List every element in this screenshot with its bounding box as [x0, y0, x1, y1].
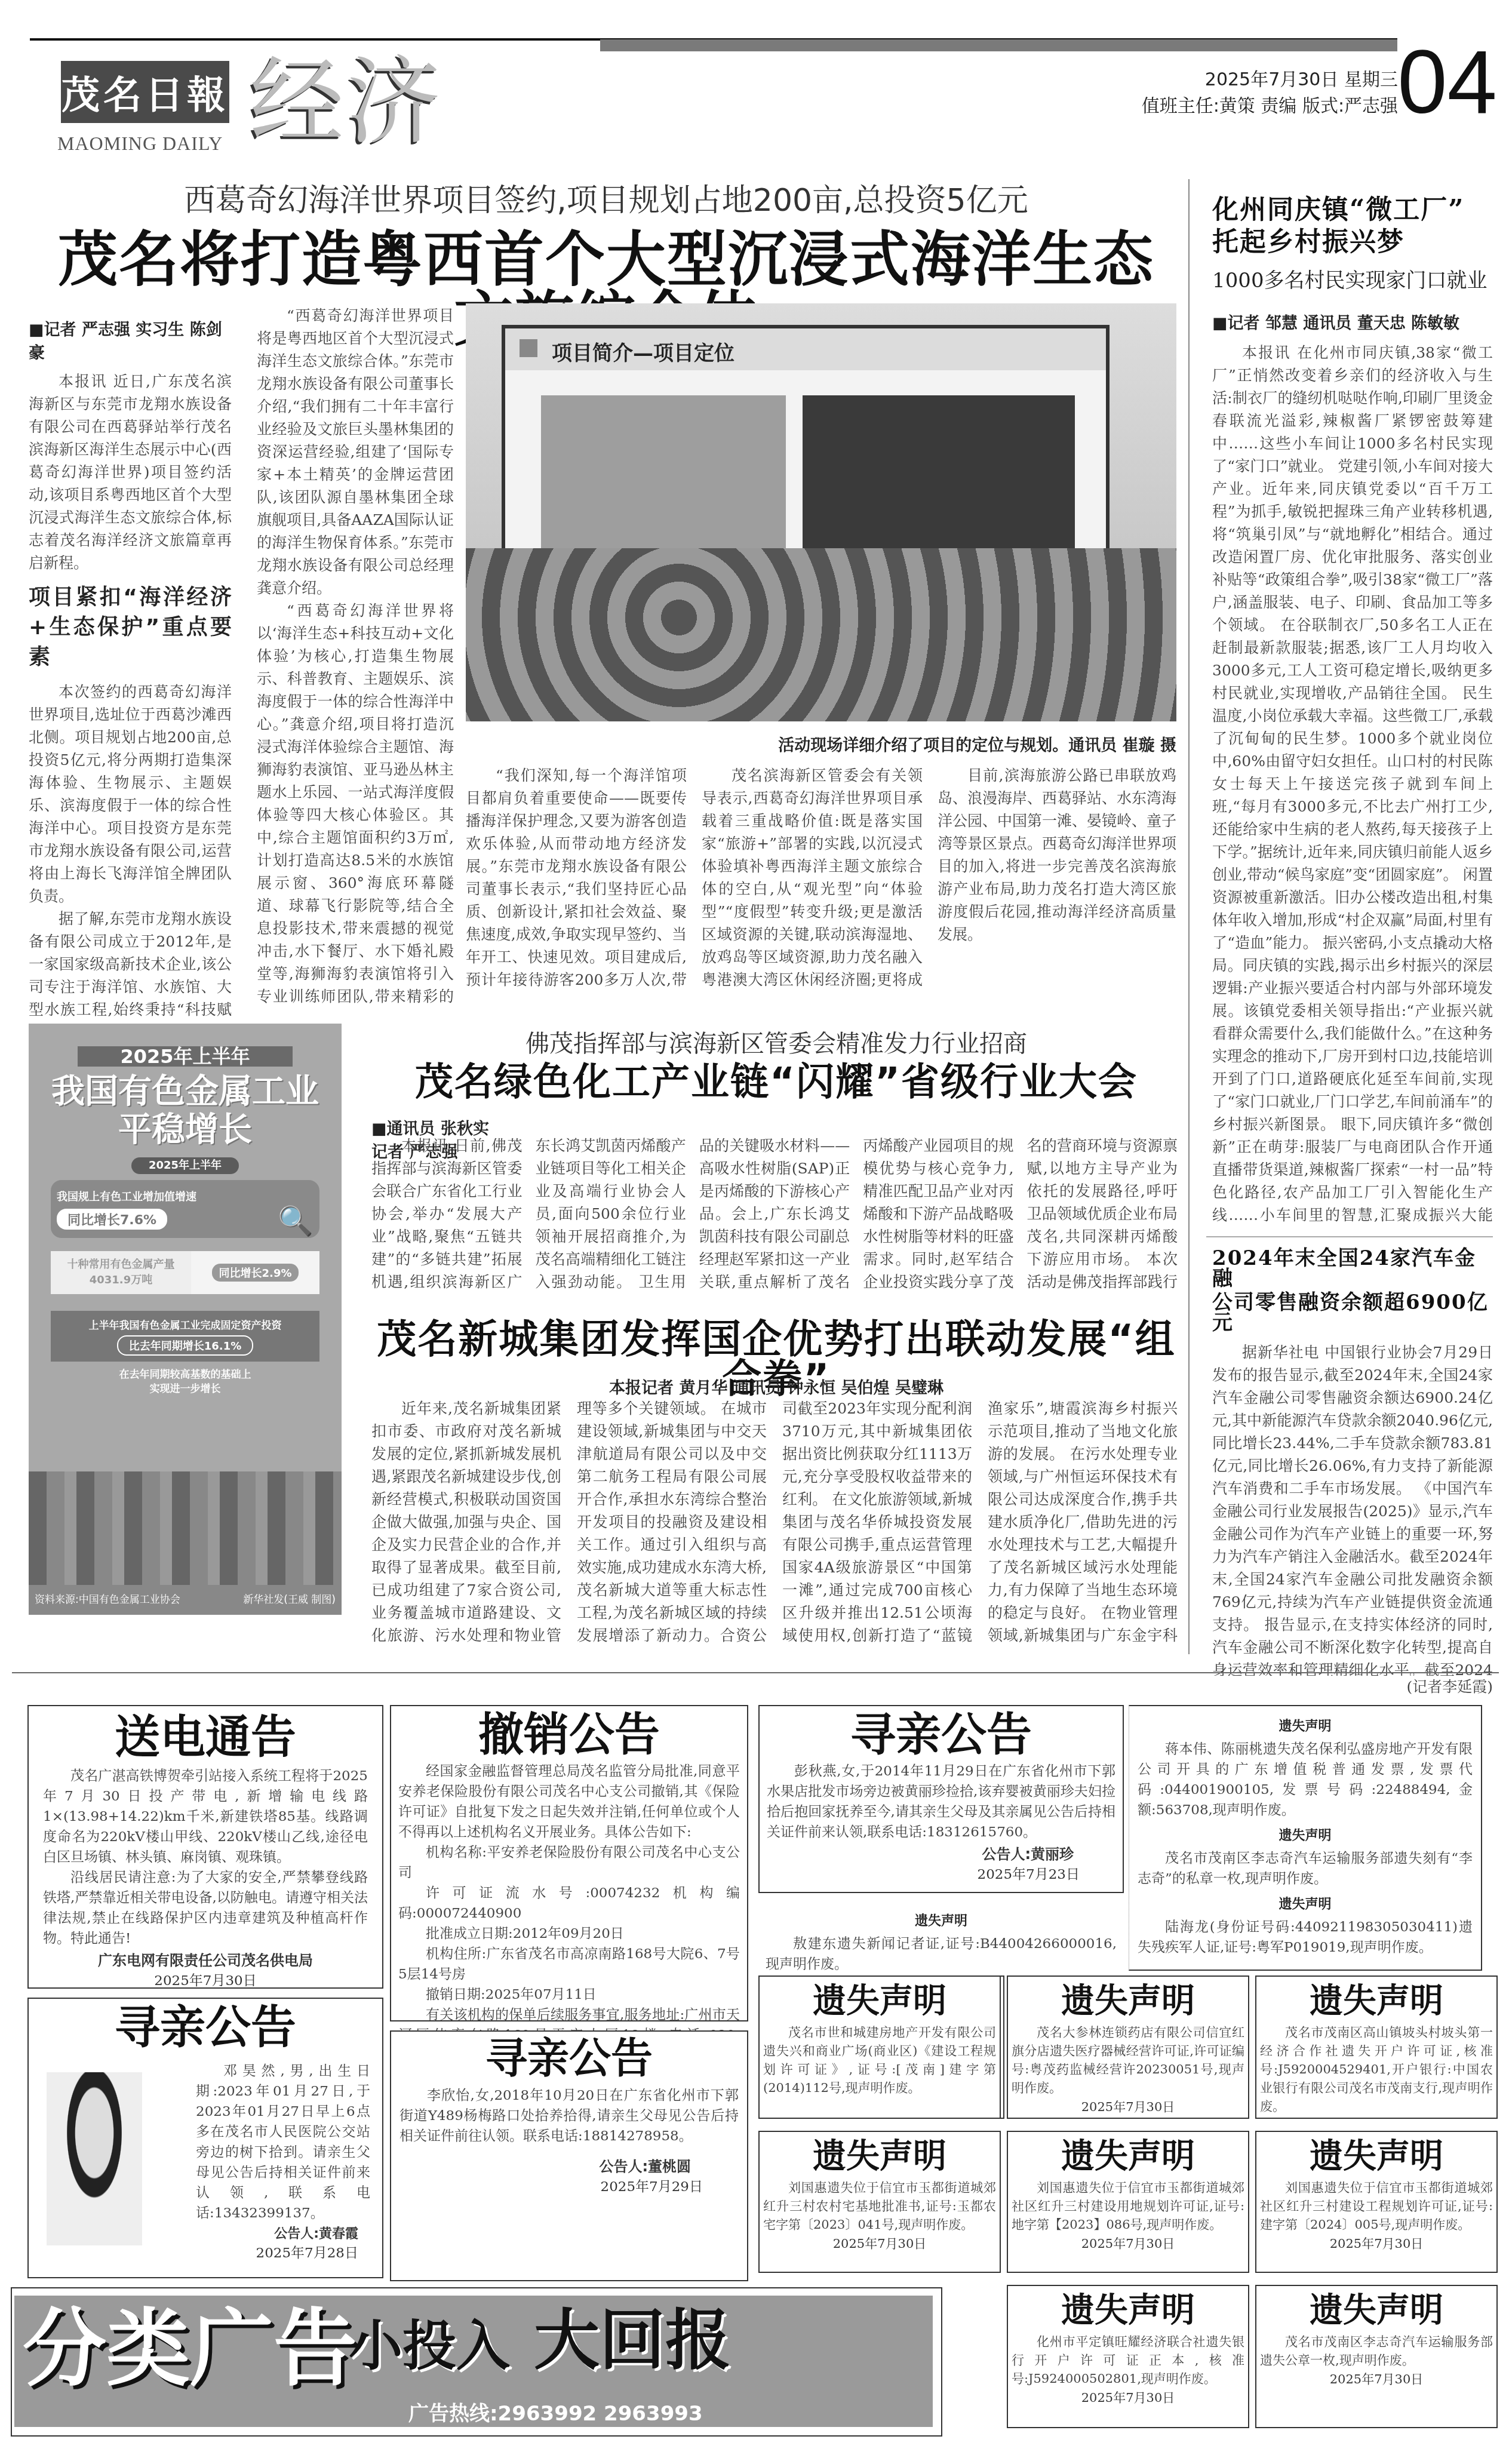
- paragraph: 茂名市茂南区高山镇坡头村坡头第一经济合作社遗失开户许可证,核准号:J592000…: [1260, 2023, 1493, 2116]
- paragraph: 目前,滨海旅游公路已串联放鸡岛、浪漫海岸、西葛驿站、水东湾海洋公园、中国第一滩、…: [938, 764, 1176, 946]
- side-body: 本报讯 在化州市同庆镇,38家“微工厂”正悄然改变着乡亲们的经济收入与生活:制衣…: [1212, 342, 1493, 1225]
- lead-kicker: 西葛奇幻海洋世界项目签约,项目规划占地200亩,总投资5亿元: [30, 185, 1182, 216]
- ad-lost-small: 遗失声明 敖建东遗失新闻记者证,证号:B44004266000016,现声明作废…: [758, 1902, 1124, 1962]
- paragraph: 刘国惠遗失位于信宜市玉都街道城郊红升三村农村宅基地批准书,证号:玉都农宅字第〔2…: [763, 2179, 996, 2234]
- paragraph: 化州市平定镇旺耀经济联合社遗失银行开户许可证正本,核准号:J5924000502…: [1012, 2333, 1244, 2388]
- stat-value: 比去年同期增长16.1%: [117, 1335, 253, 1356]
- paragraph: 茂名市世和城建房地产开发有限公司遗失兴和商业广场(商业区)《建设工程规划许可证》…: [763, 2023, 996, 2097]
- stat-amount: 4031.9万吨: [57, 1273, 185, 1288]
- auto-headline-1: 2024年末全国24家汽车金融: [1212, 1248, 1493, 1289]
- ad-revoke-notice: 撤销公告 经国家金融监督管理总局茂名监管分局批准,同意平安养老保险股份有限公司茂…: [390, 1705, 748, 2021]
- ad-title: 遗失声明: [1138, 1716, 1473, 1734]
- paragraph: “我们深知,每一个海洋馆项目都肩负着重要使命——既要传播海洋保护理念,又要为游客…: [466, 764, 687, 991]
- source-text: 资料来源:中国有色金属工业协会: [35, 1594, 180, 1606]
- lost-notice-3: 遗失声明 茂名市茂南区高山镇坡头村坡头第一经济合作社遗失开户许可证,核准号:J5…: [1255, 1975, 1498, 2119]
- ad-date: 2025年7月29日: [399, 2176, 739, 2195]
- ad-title: 遗失声明: [1138, 1825, 1473, 1844]
- ad-title: 寻亲公告: [41, 2005, 370, 2050]
- stat-value: 同比增长2.9%: [212, 1264, 299, 1282]
- info-stat-3: 上半年我国有色金属工业完成固定资产投资 比去年同期增长16.1%: [51, 1311, 319, 1362]
- paragraph: 蒋本伟、陈丽桃遗失茂名保利弘盛房地产开发有限公司开具的广东增值税普通发票,发票代…: [1138, 1739, 1473, 1820]
- paragraph: 经国家金融监督管理总局茂名监管分局批准,同意平安养老保险股份有限公司茂名中心支公…: [398, 1761, 740, 1842]
- stat-label: 上半年我国有色金属工业完成固定资产投资: [57, 1317, 314, 1332]
- info-stat-2: 十种常用有色金属产量4031.9万吨 同比增长2.9%: [51, 1251, 319, 1294]
- paragraph: 茂名大参林连锁药店有限公司信宜红旗分店遗失医疗器械经营许可证,许可证编号:粤茂药…: [1012, 2023, 1244, 2097]
- factory-illustration: [29, 1471, 342, 1585]
- lost-notice-8: 遗失声明 茂名市茂南区李志奇汽车运输服务部遗失公章一枚,现声明作废。 2025年…: [1255, 2285, 1498, 2428]
- side-headline-2: 托起乡村振兴梦: [1212, 229, 1493, 256]
- stat-label: 我国规上有色工业增加值增速: [57, 1188, 314, 1204]
- paragraph: 机构住所:广东省茂名市高凉南路168号大院6、7号5层14号房: [398, 1944, 740, 1984]
- auto-headline-2: 公司零售融资余额超6900亿元: [1212, 1292, 1493, 1333]
- paragraph: 敖建东遗失新闻记者证,证号:B44004266000016,现声明作废。: [766, 1934, 1117, 1974]
- chem-headline: 茂名绿色化工产业链“闪耀”省级行业大会: [370, 1063, 1182, 1101]
- newspaper-logo: 茂名日報: [61, 61, 229, 123]
- ad-title: 寻亲公告: [399, 2038, 739, 2079]
- paragraph: 刘国惠遗失位于信宜市玉都街道城郊社区红升三村建设用地规划许可证,证号:地字第【2…: [1012, 2179, 1244, 2234]
- page-number: 04: [1397, 37, 1497, 127]
- ad-title: 送电通告: [43, 1715, 368, 1760]
- ad-title: 遗失声明: [1256, 2293, 1496, 2327]
- side-story: 化州同庆镇“微工厂” 托起乡村振兴梦 1000多名村民实现家门口就业 ■记者 邹…: [1212, 197, 1493, 1225]
- paragraph: “西葛奇幻海洋世界项目将是粤西地区首个大型沉浸式海洋生态文旅综合体。”东莞市龙翔…: [257, 305, 454, 600]
- ad-signer: 广东电网有限责任公司茂名供电局: [43, 1949, 368, 1970]
- ad-date: 2025年7月30日: [1256, 2370, 1496, 2388]
- paragraph: 邓昊然,男,出生日期:2023年01月27日,于2023年01月27日早上6点多…: [196, 2061, 370, 2223]
- ad-lost-right: 遗失声明 蒋本伟、陈丽桃遗失茂名保利弘盛房地产开发有限公司开具的广东增值税普通发…: [1129, 1705, 1482, 1971]
- ad-title: 遗失声明: [760, 1984, 1000, 2017]
- paragraph: 批准成立日期:2012年09月20日: [398, 1924, 740, 1944]
- auto-story: 2024年末全国24家汽车金融 公司零售融资余额超6900亿元 据新华社电 中国…: [1212, 1248, 1493, 1698]
- paragraph: 撤销日期:2025年07月11日: [398, 1984, 740, 2005]
- ad-date: 2025年7月30日: [43, 1970, 368, 1989]
- ad-title: 遗失声明: [760, 2139, 1000, 2173]
- lead-col-4: 茂名滨海新区管委会有关领导表示,西葛奇幻海洋世界项目承载着三重战略价值:既是落实…: [702, 764, 923, 991]
- paragraph: 刘国惠遗失位于信宜市玉都街道城郊社区红升三村建设工程规划许可证,证号:建字第〔2…: [1260, 2179, 1493, 2234]
- stat-value: 同比增长7.6%: [57, 1209, 167, 1230]
- stat-label: 十种常用有色金属产量: [57, 1257, 185, 1273]
- lost-notice-6: 遗失声明 刘国惠遗失位于信宜市玉都街道城郊社区红升三村建设工程规划许可证,证号:…: [1255, 2131, 1498, 2273]
- side-subhead: 1000多名村民实现家门口就业: [1212, 264, 1493, 293]
- satellite-image: [803, 395, 1075, 557]
- paragraph: 机构名称:平安养老保险股份有限公司茂名中心支公司: [398, 1842, 740, 1883]
- lost-notice-1: 遗失声明 茂名市世和城建房地产开发有限公司遗失兴和商业广场(商业区)《建设工程规…: [758, 1975, 1001, 2119]
- side-byline: ■记者 邹慧 通讯员 董天忠 陈敏敏: [1212, 310, 1493, 333]
- info-ribbon: 2025年上半年: [78, 1046, 293, 1067]
- editors: 值班主任:黄策 责编 版式:严志强: [1142, 93, 1398, 119]
- paragraph: 彭秋燕,女,于2014年11月29日在广东省化州市下郭水果店批发市场旁边被黄丽珍…: [767, 1761, 1115, 1842]
- newspaper-logo-en: MAOMING DAILY: [57, 133, 223, 155]
- ad-title: 遗失声明: [1008, 1984, 1248, 2017]
- paragraph: 本次签约的西葛奇幻海洋世界项目,选址位于西葛沙滩西北侧。项目规划占地200亩,总…: [29, 681, 232, 908]
- ad-title: 遗失声明: [766, 1910, 1117, 1929]
- ad-date: 2025年7月30日: [1008, 2234, 1248, 2252]
- paragraph: 本报讯 日前,佛茂指挥部与滨海新区管委会联合广东省化工行业协会,举办“发展大产业…: [371, 1135, 1178, 1296]
- city-body: 近年来,茂名新城集团紧扣市委、市政府对茂名新城发展的定位,紧抓新城发展机遇,紧跟…: [371, 1397, 1178, 1660]
- paragraph: 沿线居民请注意:为了大家的安全,严禁攀登线路铁塔,严禁靠近相关带电设备,以防触电…: [43, 1867, 368, 1949]
- ad-power-notice: 送电通告 茂名广湛高铁博贺牵引站接入系统工程将于2025年7月30日投产带电,新…: [27, 1705, 383, 1989]
- banner-slogan-1: 小投入: [349, 2319, 510, 2373]
- paragraph: 茂名滨海新区管委会有关领导表示,西葛奇幻海洋世界项目承载着三重战略价值:既是落实…: [702, 764, 923, 991]
- magnifier-icon: 🔍: [278, 1204, 314, 1238]
- lost-notice-5: 遗失声明 刘国惠遗失位于信宜市玉都街道城郊社区红升三村建设用地规划许可证,证号:…: [1007, 2131, 1249, 2273]
- lost-notice-7: 遗失声明 化州市平定镇旺耀经济联合社遗失银行开户许可证正本,核准号:J59240…: [1007, 2285, 1249, 2428]
- ad-date: 2025年7月30日: [1008, 2097, 1248, 2115]
- info-title-1: 我国有色金属工业: [29, 1073, 342, 1111]
- child-photo: [47, 2072, 142, 2245]
- info-title-2: 平稳增长: [29, 1111, 342, 1149]
- ad-seek-3: 寻亲公告 李欣怡,女,2018年10月20日在广东省化州市下郭街道Y489杨梅路…: [390, 2030, 748, 2281]
- ads-divider: [12, 1672, 1499, 1673]
- lead-col-3: “我们深知,每一个海洋馆项目都肩负着重要使命——既要传播海洋保护理念,又要为游客…: [466, 764, 687, 991]
- paragraph: 本报讯 近日,广东茂名滨海新区与东莞市龙翔水族设备有限公司在西葛驿站举行茂名滨海…: [29, 370, 232, 574]
- photo-caption: 活动现场详细介绍了项目的定位与规划。通讯员 崔璇 摄: [466, 732, 1176, 755]
- lead-col-2: “西葛奇幻海洋世界项目将是粤西地区首个大型沉浸式海洋生态文旅综合体。”东莞市龙翔…: [257, 305, 454, 1003]
- divider: [1206, 1236, 1493, 1237]
- ad-date: 2025年7月30日: [1256, 2234, 1496, 2252]
- info-stat-1: 我国规上有色工业增加值增速 同比增长7.6% 🔍: [51, 1180, 319, 1238]
- lead-byline: ■记者 严志强 实习生 陈剑豪: [29, 317, 232, 363]
- ad-title: 遗失声明: [1256, 1984, 1496, 2017]
- paragraph: 近年来,茂名新城集团紧扣市委、市政府对茂名新城发展的定位,紧抓新城发展机遇,紧跟…: [371, 1397, 1178, 1660]
- paragraph: 茂名市茂南区李志奇汽车运输服务部遗失刻有“李志奇”的私章一枚,现声明作废。: [1138, 1848, 1473, 1889]
- classified-ad-banner: 分类广告 小投入 大回报 广告热线:2963992 2963993: [11, 2287, 942, 2437]
- banner-background: 分类广告 小投入 大回报 广告热线:2963992 2963993: [14, 2296, 933, 2427]
- ad-date: 2025年7月23日: [767, 1863, 1115, 1883]
- lead-col-5: 目前,滨海旅游公路已串联放鸡岛、浪漫海岸、西葛驿站、水东湾海洋公园、中国第一滩、…: [938, 764, 1176, 991]
- paragraph: 李欣怡,女,2018年10月20日在广东省化州市下郭街道Y489杨梅路口处拾养拾…: [399, 2085, 739, 2146]
- paragraph: 茂名广湛高铁博贺牵引站接入系统工程将于2025年7月30日投产带电,新增输电线路…: [43, 1766, 368, 1867]
- masthead-bar: [600, 39, 1397, 51]
- chem-body: 本报讯 日前,佛茂指挥部与滨海新区管委会联合广东省化工行业协会,举办“发展大产业…: [371, 1135, 1178, 1296]
- ad-title: 撤销公告: [398, 1712, 740, 1758]
- paragraph: 本报讯 在化州市同庆镇,38家“微工厂”正悄然改变着乡亲们的经济收入与生活:制衣…: [1212, 342, 1493, 1225]
- infographic: 2025年上半年 我国有色金属工业 平稳增长 2025年上半年 我国规上有色工业…: [29, 1024, 342, 1615]
- column-divider: [1188, 179, 1190, 1654]
- side-headline-1: 化州同庆镇“微工厂”: [1212, 197, 1493, 223]
- note-line: 在去年同期较高基数的基础上: [29, 1368, 342, 1382]
- lead-photo: 项目简介—项目定位 打造粤西地区的首个大型海洋生态展示中心——西葛奇幻海洋世界以…: [466, 303, 1176, 721]
- ad-title: 遗失声明: [1008, 2293, 1248, 2327]
- banner-main: 分类广告: [23, 2308, 357, 2391]
- ad-title: 遗失声明: [1256, 2139, 1496, 2173]
- paragraph: “西葛奇幻海洋世界将以‘海洋生态+科技互动+文化体验’为核心,打造集生物展示、科…: [257, 600, 454, 1003]
- ad-title: 遗失声明: [1138, 1894, 1473, 1912]
- issue-date: 2025年7月30日 星期三: [1142, 67, 1398, 93]
- auto-signoff: (记者李延霞): [1212, 1676, 1493, 1698]
- ad-seek-1: 寻亲公告 彭秋燕,女,于2014年11月29日在广东省化州市下郭水果店批发市场旁…: [758, 1705, 1124, 1893]
- paragraph: 茂名市茂南区李志奇汽车运输服务部遗失公章一枚,现声明作废。: [1260, 2333, 1493, 2370]
- lost-notice-4: 遗失声明 刘国惠遗失位于信宜市玉都街道城郊红升三村农村宅基地批准书,证号:玉都农…: [758, 2131, 1001, 2273]
- auto-body: 据新华社电 中国银行业协会7月29日发布的报告显示,截至2024年末,全国24家…: [1212, 1341, 1493, 1676]
- ad-title: 遗失声明: [1008, 2139, 1248, 2173]
- lost-notice-2: 遗失声明 茂名大参林连锁药店有限公司信宜红旗分店遗失医疗器械经营许可证,许可证编…: [1007, 1975, 1249, 2119]
- ad-signer: 公告人:董桃圆: [399, 2155, 739, 2176]
- ad-title: 寻亲公告: [767, 1712, 1115, 1758]
- banner-hotline: 广告热线:2963992 2963993: [408, 2397, 703, 2426]
- banner-slogan-2: 大回报: [534, 2308, 731, 2373]
- section-title: 经济: [250, 55, 443, 149]
- info-note: 在去年同期较高基数的基础上 实现进一步增长: [29, 1368, 342, 1396]
- ad-signer: 公告人:黄丽珍: [767, 1842, 1115, 1863]
- credit-text: 新华社发(王威 制图): [243, 1585, 342, 1615]
- paragraph: 许可证流水号:00074232机构编码:000072440900: [398, 1883, 740, 1924]
- audience: [466, 548, 1176, 721]
- lead-subhead-1: 项目紧扣“海洋经济+生态保护”重点要素: [29, 583, 232, 672]
- ad-date: 2025年7月30日: [760, 2234, 1000, 2252]
- note-line: 实现进一步增长: [29, 1382, 342, 1396]
- paragraph: 据新华社电 中国银行业协会7月29日发布的报告显示,截至2024年末,全国24家…: [1212, 1341, 1493, 1676]
- paragraph: 陆海龙(身份证号码:440921198305030411)遗失残疾军人证,证号:…: [1138, 1917, 1473, 1958]
- info-pill: 2025年上半年: [131, 1157, 239, 1174]
- dateline: 2025年7月30日 星期三 值班主任:黄策 责编 版式:严志强: [1142, 67, 1398, 119]
- slide-title: 项目简介—项目定位: [505, 328, 1106, 370]
- info-source: 资料来源:中国有色金属工业协会新华社发(王威 制图): [29, 1585, 342, 1615]
- city-byline: 本报记者 黄月华 通讯员 钟永恒 吴伯煌 吴璧琳: [370, 1375, 1182, 1398]
- chem-kicker: 佛茂指挥部与滨海新区管委会精准发力行业招商: [370, 1032, 1182, 1056]
- ad-date: 2025年7月30日: [1008, 2388, 1248, 2406]
